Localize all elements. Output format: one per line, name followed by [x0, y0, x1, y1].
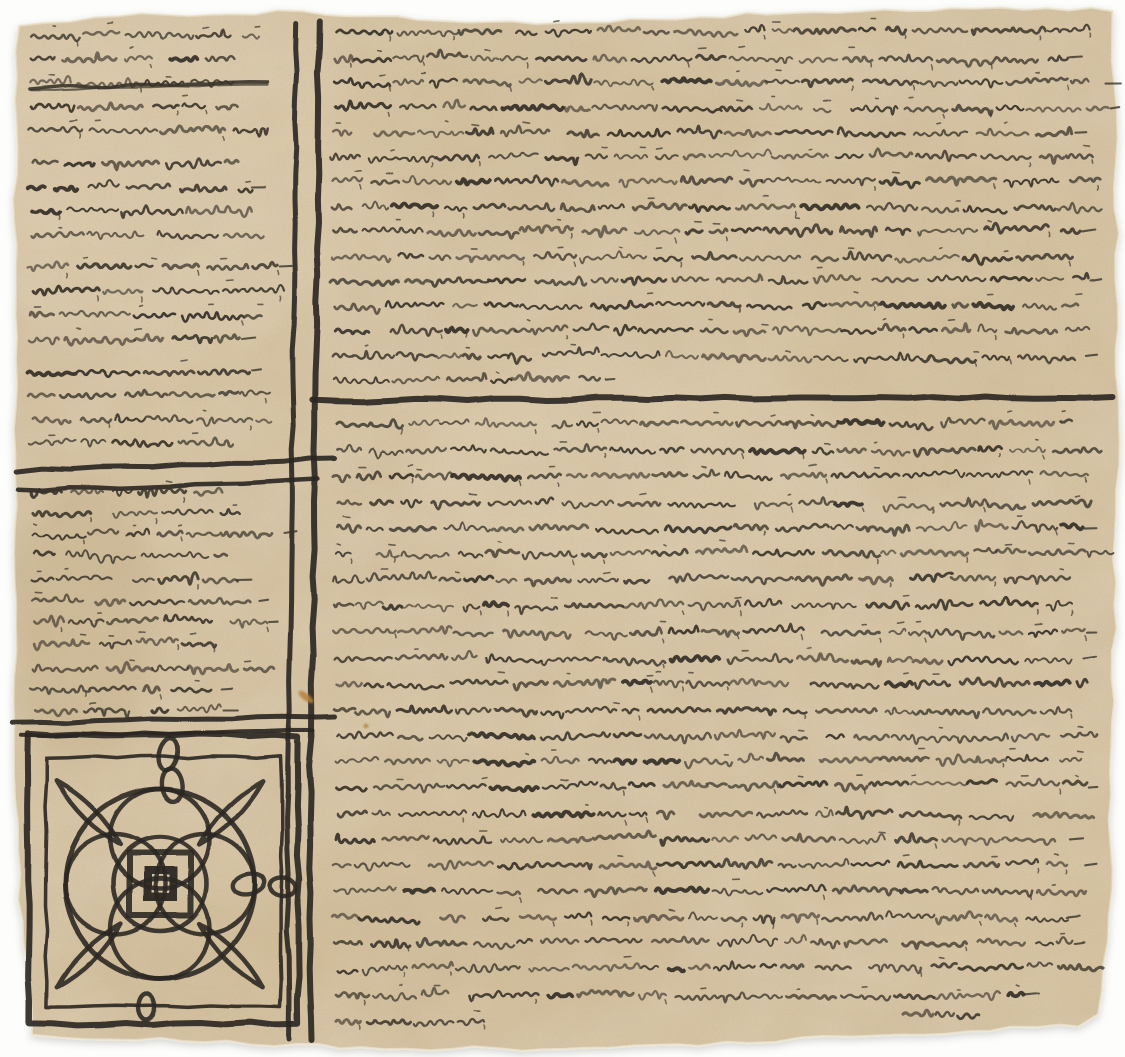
handwriting-comma	[178, 645, 179, 649]
handwriting-comma	[214, 648, 215, 652]
handwriting-comma	[1000, 454, 1001, 457]
handwriting-comma	[199, 585, 200, 589]
handwriting-comma	[890, 583, 891, 586]
handwriting-comma	[905, 35, 906, 38]
handwriting-diacritic	[796, 218, 800, 219]
handwriting-dash	[242, 338, 255, 340]
handwriting-comma	[67, 273, 68, 277]
handwriting-comma	[567, 336, 568, 339]
handwriting-diacritic	[788, 494, 790, 495]
handwriting-diacritic	[343, 516, 350, 517]
handwriting-comma	[742, 923, 743, 927]
handwriting-dash	[1088, 787, 1097, 788]
manuscript-rendering	[0, 0, 1125, 1057]
handwriting-comma	[604, 454, 605, 458]
handwriting-comma	[728, 688, 729, 691]
handwriting-diacritic	[365, 345, 367, 346]
handwriting-comma	[77, 40, 78, 45]
handwriting-diacritic	[1078, 751, 1084, 752]
handwriting-comma	[663, 665, 664, 668]
handwriting-comma	[395, 635, 396, 639]
handwriting-comma	[991, 65, 992, 69]
handwriting-comma	[559, 483, 560, 486]
handwriting-comma	[59, 215, 60, 219]
handwriting-diacritic	[1061, 569, 1064, 570]
handwriting-diacritic	[166, 481, 171, 482]
handwriting-diacritic	[762, 325, 767, 326]
handwriting-comma	[796, 213, 797, 217]
handwriting-diacritic	[470, 494, 477, 495]
handwriting-comma	[967, 558, 968, 563]
handwriting-comma	[480, 161, 481, 165]
handwriting-diacritic	[246, 181, 250, 182]
handwriting-comma	[740, 611, 741, 615]
handwriting-comma	[805, 715, 806, 718]
handwriting-comma	[527, 63, 528, 68]
handwriting-comma	[991, 114, 992, 118]
handwriting-diacritic	[1076, 294, 1082, 295]
handwriting-comma	[966, 947, 967, 950]
handwriting-diacritic	[809, 464, 816, 465]
handwriting-word	[55, 186, 76, 190]
handwriting-comma	[1097, 186, 1098, 190]
handwriting-diacritic	[561, 779, 568, 780]
handwriting-comma	[765, 36, 766, 40]
handwriting-comma	[394, 558, 395, 562]
handwriting-comma	[1059, 790, 1060, 794]
handwriting-diacritic	[337, 545, 340, 546]
handwriting-diacritic	[735, 598, 741, 599]
handwriting-comma	[1067, 86, 1068, 90]
handwriting-diacritic	[1076, 496, 1080, 497]
handwriting-comma	[432, 163, 433, 166]
handwriting-comma	[1073, 610, 1074, 614]
handwriting-diacritic	[639, 494, 646, 495]
handwriting-diacritic	[1062, 411, 1065, 412]
handwriting-dash	[1067, 916, 1080, 917]
handwriting-comma	[508, 611, 509, 616]
handwriting-comma	[523, 262, 524, 266]
handwriting-comma	[451, 972, 452, 975]
handwriting-comma	[389, 36, 390, 41]
handwriting-diacritic	[524, 122, 530, 123]
handwriting-diacritic	[498, 541, 501, 542]
handwriting-diacritic	[1004, 251, 1008, 252]
handwriting-diacritic	[744, 170, 749, 171]
handwriting-comma	[351, 560, 352, 565]
handwriting-comma	[817, 920, 818, 925]
handwriting-diacritic	[940, 957, 944, 958]
handwriting-comma	[995, 582, 996, 586]
handwriting-diacritic	[737, 100, 743, 101]
handwriting-comma	[129, 716, 130, 720]
handwriting-comma	[876, 187, 877, 190]
handwriting-comma	[206, 111, 207, 114]
handwriting-comma	[86, 692, 87, 696]
handwriting-comma	[774, 922, 775, 927]
handwriting-comma	[571, 234, 572, 239]
manuscript-scan	[0, 0, 1125, 1057]
handwriting-diacritic	[912, 776, 916, 777]
handwriting-comma	[764, 531, 765, 534]
handwriting-comma	[791, 508, 792, 513]
handwriting-diacritic	[191, 634, 197, 635]
handwriting-diacritic	[391, 150, 394, 151]
handwriting-comma	[1038, 869, 1039, 873]
handwriting-dash	[280, 266, 292, 267]
handwriting-comma	[364, 1000, 365, 1004]
handwriting-word	[869, 782, 909, 786]
handwriting-diacritic	[135, 328, 142, 329]
handwriting-diacritic	[771, 415, 775, 416]
handwriting-comma	[1003, 764, 1004, 767]
handwriting-comma	[1050, 233, 1051, 237]
handwriting-dash	[606, 380, 614, 381]
handwriting-comma	[639, 716, 640, 720]
handwriting-comma	[598, 429, 599, 433]
handwriting-comma	[412, 479, 413, 483]
handwriting-diacritic	[1036, 623, 1043, 624]
handwriting-diacritic	[854, 292, 858, 293]
handwriting-diacritic	[1055, 855, 1059, 856]
handwriting-diacritic	[669, 910, 674, 911]
handwriting-comma	[61, 627, 62, 631]
handwriting-diacritic	[183, 95, 187, 96]
handwriting-comma	[265, 399, 266, 403]
handwriting-comma	[623, 791, 624, 795]
handwriting-dash	[1111, 106, 1120, 107]
handwriting-comma	[726, 237, 727, 241]
handwriting-diacritic	[604, 573, 610, 574]
handwriting-comma	[1066, 870, 1067, 874]
handwriting-comma	[535, 429, 536, 432]
handwriting-comma	[250, 426, 251, 430]
handwriting-comma	[879, 638, 880, 642]
handwriting-comma	[904, 335, 905, 339]
handwriting-diacritic	[80, 634, 85, 635]
handwriting-dash	[1025, 994, 1039, 995]
handwriting-word	[648, 708, 710, 713]
handwriting-diacritic	[90, 703, 96, 704]
ink-stain	[364, 724, 369, 728]
handwriting-comma	[680, 263, 681, 268]
handwriting-comma	[1071, 715, 1072, 719]
handwriting-diacritic	[66, 569, 68, 570]
handwriting-comma	[1030, 481, 1031, 485]
handwriting-diacritic	[614, 703, 619, 704]
handwriting-comma	[683, 688, 684, 692]
handwriting-diacritic	[499, 672, 505, 673]
handwriting-diacritic	[939, 248, 941, 249]
handwriting-diacritic	[1069, 544, 1074, 545]
handwriting-comma	[109, 423, 110, 428]
handwriting-diacritic	[948, 319, 954, 320]
handwriting-comma	[959, 820, 960, 825]
handwriting-dash	[260, 600, 269, 601]
handwriting-diacritic	[884, 320, 886, 321]
handwriting-dash	[1075, 942, 1084, 943]
handwriting-diacritic	[1016, 986, 1019, 987]
handwriting-comma	[467, 333, 468, 338]
handwriting-diacritic	[456, 573, 459, 574]
handwriting-dash	[252, 370, 261, 371]
handwriting-diacritic	[179, 526, 182, 527]
handwriting-diacritic	[665, 544, 667, 545]
handwriting-comma	[932, 509, 933, 512]
handwriting-diacritic	[377, 50, 381, 51]
handwriting-comma	[485, 1026, 486, 1030]
handwriting-comma	[140, 88, 141, 92]
handwriting-comma	[98, 296, 99, 301]
handwriting-comma	[627, 922, 628, 926]
handwriting-diacritic	[482, 777, 487, 778]
handwriting-diacritic	[108, 23, 113, 24]
handwriting-diacritic	[255, 26, 260, 27]
handwriting-diacritic	[245, 661, 251, 662]
handwriting-diacritic	[151, 259, 156, 260]
handwriting-comma	[462, 818, 463, 822]
handwriting-word	[457, 178, 490, 183]
handwriting-comma	[853, 87, 854, 91]
handwriting-diacritic	[620, 247, 623, 248]
handwriting-diacritic	[131, 47, 134, 48]
handwriting-comma	[995, 336, 996, 340]
handwriting-word	[334, 940, 362, 943]
handwriting-comma	[80, 134, 81, 138]
handwriting-diacritic	[701, 467, 705, 468]
handwriting-comma	[536, 1000, 537, 1004]
handwriting-dash	[1068, 57, 1082, 58]
handwriting-comma	[1086, 478, 1087, 483]
handwriting-diacritic	[904, 673, 908, 674]
handwriting-diacritic	[903, 854, 908, 855]
handwriting-comma	[480, 612, 481, 616]
handwriting-diacritic	[497, 372, 499, 373]
handwriting-diacritic	[988, 221, 991, 222]
handwriting-comma	[463, 213, 464, 217]
handwriting-comma	[453, 37, 454, 40]
handwriting-diacritic	[799, 730, 804, 731]
handwriting-comma	[404, 973, 405, 977]
handwriting-diacritic	[897, 622, 903, 623]
handwriting-comma	[875, 308, 876, 311]
handwriting-dash	[221, 688, 232, 689]
handwriting-diacritic	[554, 22, 559, 23]
handwriting-comma	[1038, 609, 1039, 613]
handwriting-diacritic	[1008, 411, 1012, 412]
handwriting-comma	[281, 296, 282, 301]
handwriting-diacritic	[798, 777, 802, 778]
handwriting-diacritic	[445, 121, 447, 122]
handwriting-comma	[350, 63, 351, 67]
handwriting-diacritic	[139, 305, 142, 306]
handwriting-comma	[591, 920, 592, 925]
handwriting-diacritic	[974, 351, 978, 352]
handwriting-comma	[156, 519, 157, 523]
handwriting-comma	[141, 297, 142, 302]
handwriting-diacritic	[739, 47, 745, 48]
handwriting-comma	[91, 518, 92, 522]
handwriting-comma	[1029, 163, 1030, 166]
handwriting-diacritic	[204, 28, 209, 29]
handwriting-diacritic	[812, 415, 814, 416]
handwriting-diacritic	[720, 541, 725, 542]
handwriting-comma	[878, 559, 879, 563]
handwriting-diacritic	[1005, 122, 1007, 123]
handwriting-comma	[921, 972, 922, 976]
handwriting-diacritic	[526, 753, 529, 754]
handwriting-comma	[359, 1026, 360, 1029]
handwriting-diacritic	[181, 360, 187, 361]
handwriting-dash	[1075, 132, 1086, 133]
handwriting-comma	[864, 790, 865, 794]
handwriting-diacritic	[227, 280, 234, 281]
handwriting-comma	[184, 498, 185, 503]
handwriting-diacritic	[1076, 776, 1078, 777]
handwriting-diacritic	[874, 442, 876, 443]
handwriting-comma	[177, 111, 178, 115]
handwriting-comma	[739, 308, 740, 312]
handwriting-dash	[1070, 838, 1083, 839]
handwriting-diacritic	[737, 72, 739, 73]
handwriting-diacritic	[880, 832, 886, 833]
handwriting-dash	[1086, 864, 1097, 866]
handwriting-diacritic	[527, 319, 529, 320]
handwriting-comma	[434, 212, 435, 217]
handwriting-comma	[1091, 34, 1092, 38]
handwriting-diacritic	[496, 908, 502, 909]
handwriting-comma	[84, 540, 85, 543]
handwriting-comma	[402, 429, 403, 434]
handwriting-diacritic	[809, 149, 812, 150]
handwriting-comma	[803, 455, 804, 459]
handwriting-diacritic	[388, 544, 394, 545]
handwriting-diacritic	[1083, 146, 1089, 147]
handwriting-diacritic	[903, 596, 908, 597]
handwriting-diacritic	[34, 524, 37, 525]
handwriting-diacritic	[657, 148, 663, 149]
handwriting-diacritic	[70, 121, 77, 122]
handwriting-diacritic	[893, 172, 899, 173]
handwriting-comma	[871, 63, 872, 67]
handwriting-diacritic	[937, 123, 941, 124]
handwriting-dash	[1086, 354, 1097, 355]
handwriting-diacritic	[84, 258, 88, 259]
handwriting-comma	[1040, 36, 1041, 40]
handwriting-word	[881, 303, 944, 308]
handwriting-diacritic	[408, 465, 412, 466]
handwriting-word	[470, 734, 534, 739]
handwriting-diacritic	[472, 125, 479, 126]
